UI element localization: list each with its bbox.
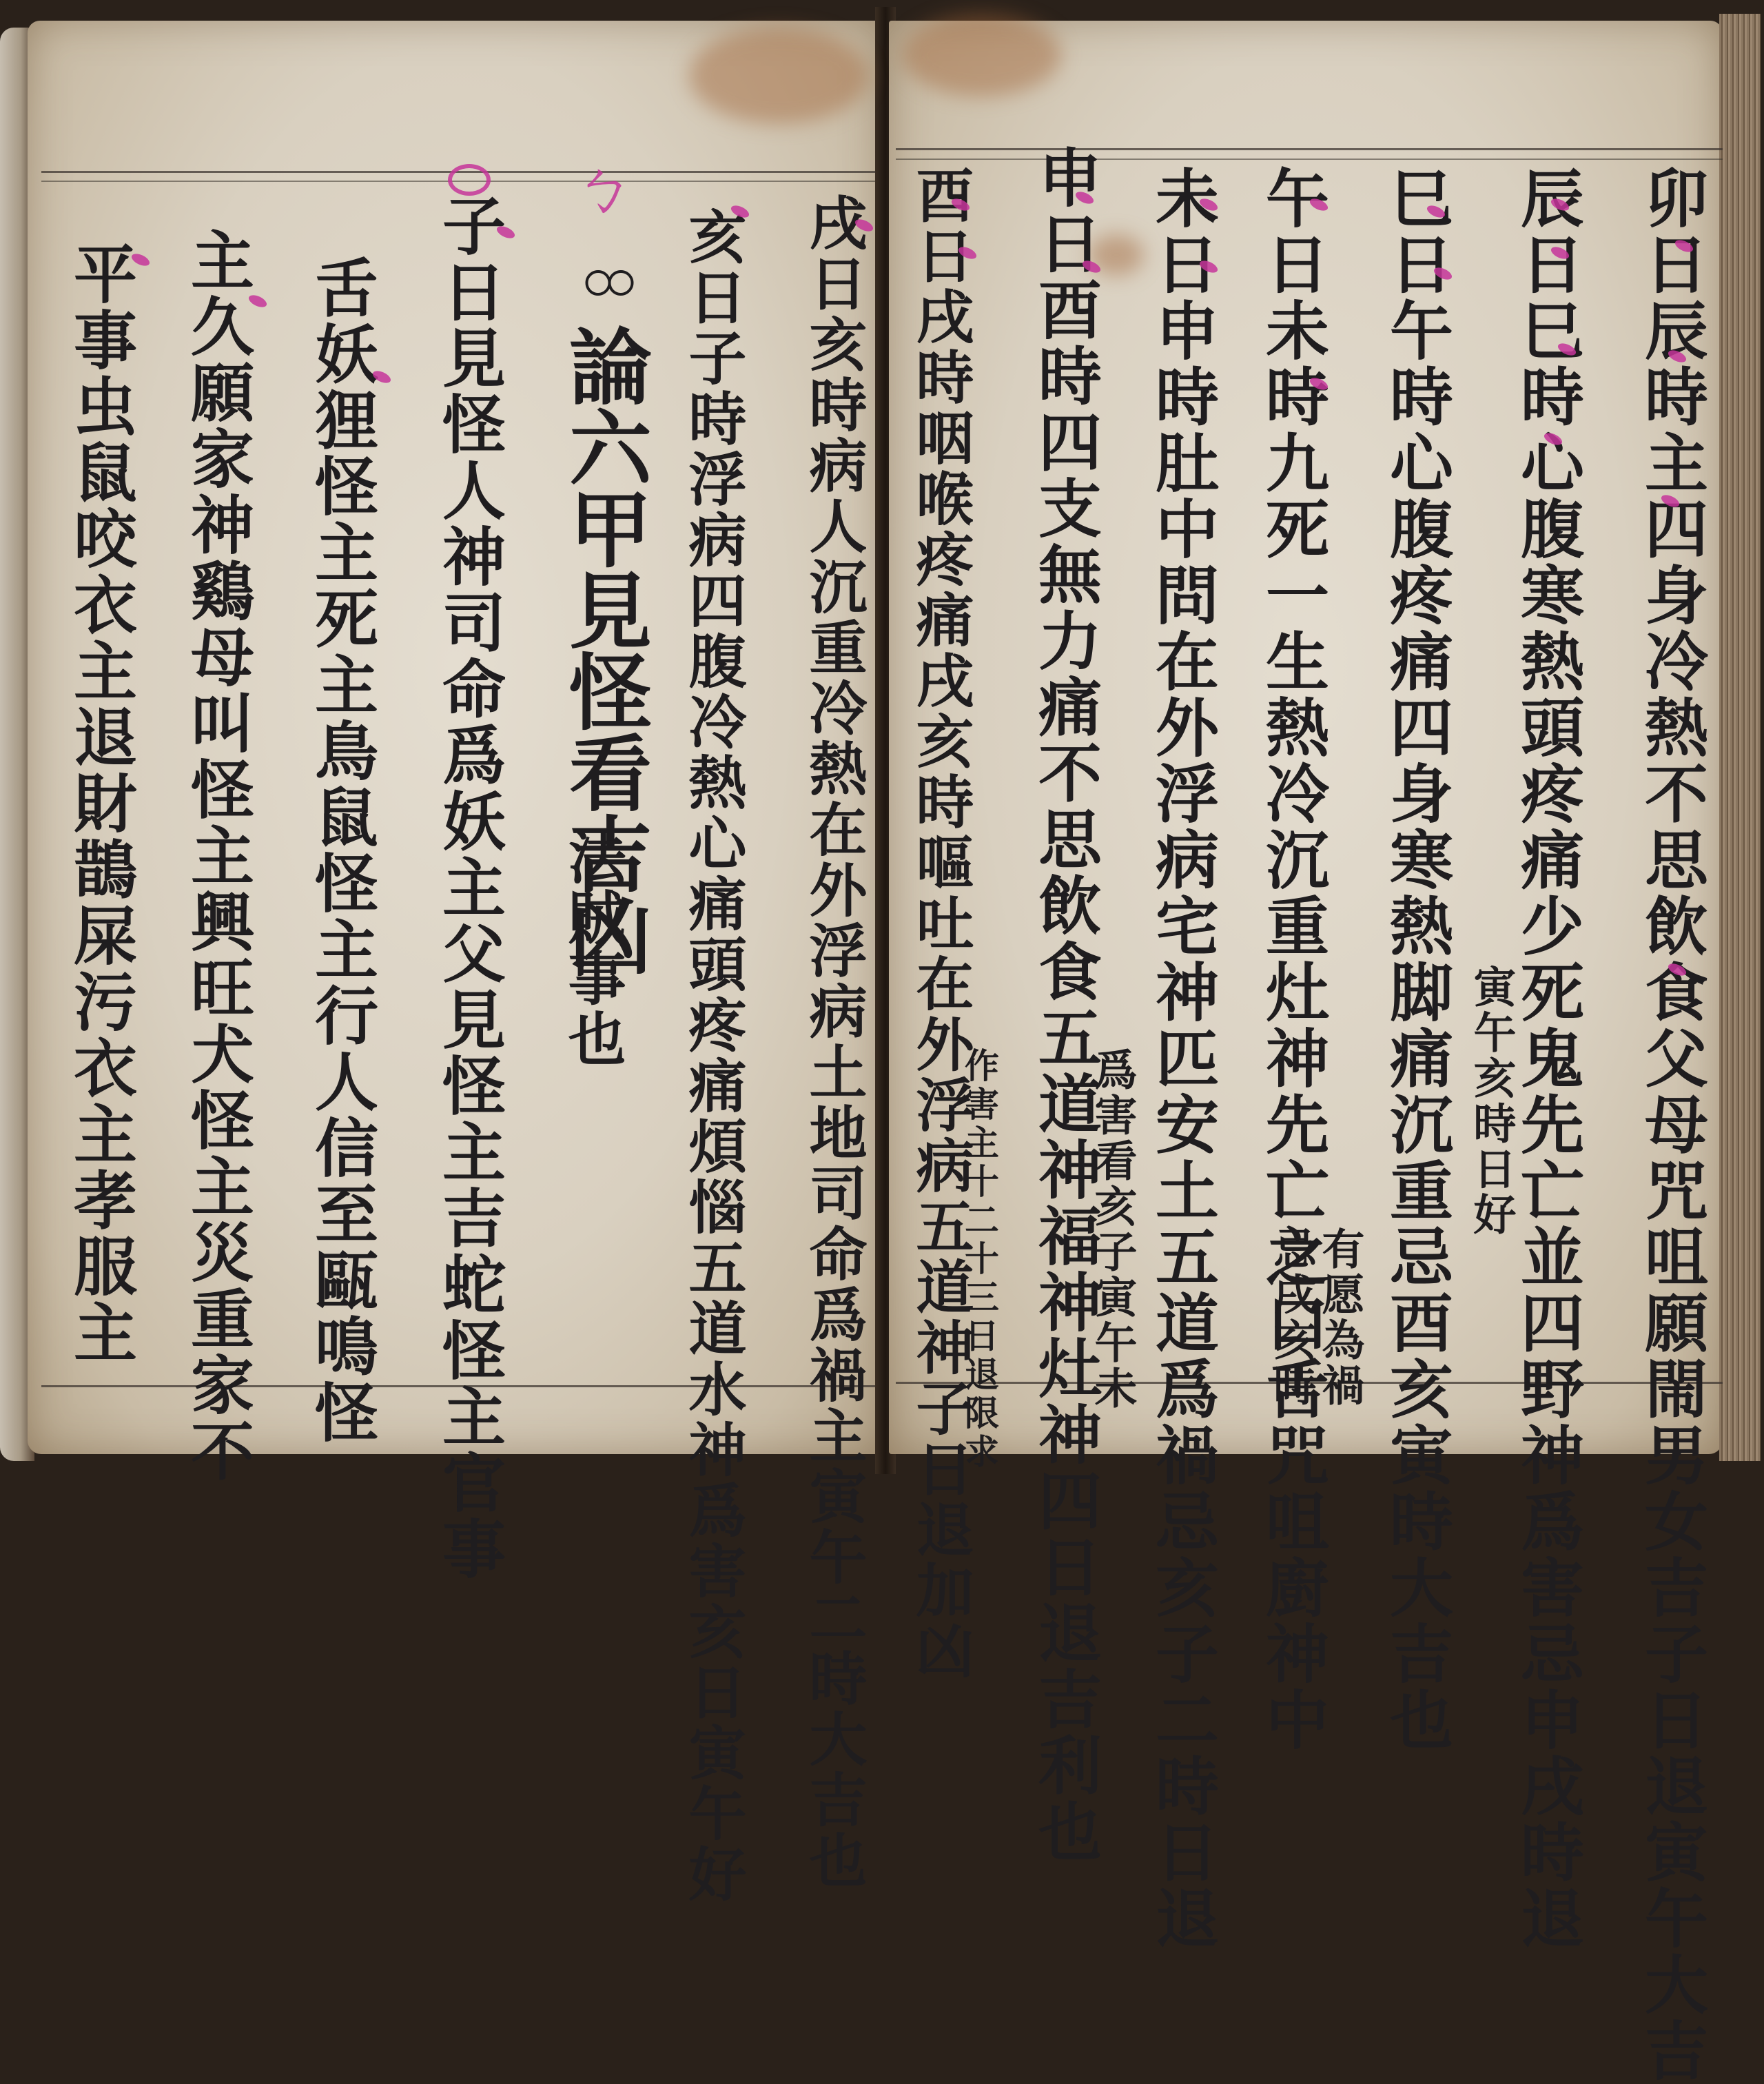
annotation-column: 爲害看亥子寅午未 bbox=[1082, 1048, 1143, 1411]
text-column: 辰日巳時心腹寒熱頭疼痛少死鬼先亡並四野神爲害忌申戌時退 bbox=[1502, 165, 1593, 1474]
text-column: 平事虫鼠咬衣主退財鵲屎污衣主孝服主 bbox=[55, 241, 146, 1366]
section-mark-icon: ထ bbox=[582, 241, 635, 323]
heading-note: 法賊事也 bbox=[551, 827, 635, 1070]
text-column: 子日見怪人神司命爲妖主父見怪主吉蛇怪主官事 bbox=[424, 193, 515, 1474]
annotation-triangle-icon: ㄅ bbox=[572, 138, 634, 227]
text-column: 未日申時肚中問在外浮病宅神匹安土五道爲禍忌亥子二時日退 bbox=[1137, 165, 1228, 1474]
annotation-column: 忌戌亥時 bbox=[1261, 1227, 1322, 1409]
annotation-column: 作害主十二十三日退限求 bbox=[954, 1048, 1004, 1472]
text-column: 主久願家神鷄母叫怪主興旺犬怪主災重家不 bbox=[172, 227, 263, 1474]
annotation-column: 寅午亥時日好 bbox=[1461, 965, 1522, 1238]
page-stack-edge bbox=[1719, 14, 1761, 1461]
water-stain bbox=[903, 14, 1061, 96]
text-column: 亥日子時浮病四腹冷熱心痛頭疼痛煩惱五道水神爲害亥日寅午好 bbox=[672, 207, 755, 1474]
annotation-circle-icon bbox=[448, 164, 491, 196]
open-book: 卯日辰時主四身冷熱不思飲食父母咒咀願閙男女吉子日退寅午大吉 辰日巳時心腹寒熱頭疼… bbox=[0, 0, 1764, 1474]
text-column: 舌妖狸怪主死主鳥鼠怪主行人信至甌鳴怪 bbox=[296, 255, 387, 1446]
water-stain bbox=[689, 28, 868, 124]
text-column: 戌日亥時病人沉重冷熱在外浮病土地司命爲禍主寅午二時大吉也 bbox=[792, 193, 876, 1474]
text-column: 卯日辰時主四身冷熱不思飲食父母咒咀願閙男女吉子日退寅午大吉 bbox=[1626, 165, 1717, 1474]
text-column: 巳日午時心腹疼痛四身寒熱脚痛沉重忌酉亥寅時大吉也 bbox=[1371, 165, 1462, 1474]
